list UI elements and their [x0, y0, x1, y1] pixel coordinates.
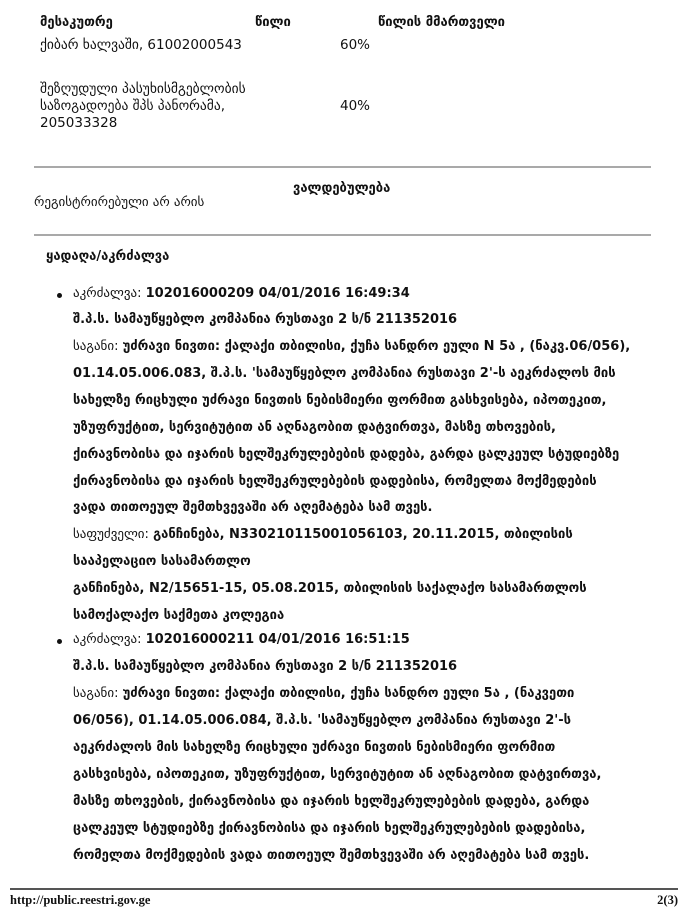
subject-line: საგანი: უძრავი ნივთი: ქალაქი თბილისი, ქუ… — [73, 686, 574, 701]
subject-text: 01.14.05.006.083, შ.პ.ს. 'სამაუწყებლო კო… — [73, 366, 616, 381]
share-cell: 60% — [340, 37, 370, 54]
footer-url[interactable]: http://public.reestri.gov.ge — [10, 893, 150, 908]
header-share: წილი — [255, 15, 291, 30]
subject-text: ქირავნობისა და იჯარის ხელშეკრულებების და… — [73, 474, 597, 489]
obligation-title: ვალდებულება — [293, 181, 390, 196]
owner-name-line: საზოგადოება შპს პანორამა, — [40, 98, 246, 115]
owner-name-line: შეზღუდული პასუხისმგებლობის — [40, 81, 246, 98]
basis-label: საფუძველი: — [73, 527, 149, 542]
prohibition-label: აკრძალვა: — [73, 632, 141, 647]
divider — [34, 166, 651, 168]
subject-text: უზუფრუქტით, სერვიტუტით ან აღნაგობით დატვ… — [73, 420, 556, 435]
holder: შ.პ.ს. სამაუწყებლო კომპანია რუსთავი 2 ს/… — [73, 312, 457, 327]
subject-text: მასზე თხოვების, ქირავნობისა და იჯარის ხე… — [73, 794, 589, 809]
holder: შ.პ.ს. სამაუწყებლო კომპანია რუსთავი 2 ს/… — [73, 659, 457, 674]
header-share-manager: წილის მმართველი — [378, 15, 505, 30]
bullet-icon — [57, 293, 62, 298]
subject-text: სახელზე რიცხული უძრავი ნივთის ნებისმიერი… — [73, 393, 606, 408]
basis-text: სააპელაციო სასამართლო — [73, 554, 251, 569]
prohibition-id: 102016000211 04/01/2016 16:51:15 — [146, 632, 410, 647]
subject-line: საგანი: უძრავი ნივთი: ქალაქი თბილისი, ქუ… — [73, 339, 630, 354]
subject-text: გასხვისება, იპოთეკით, უზუფრუქტით, სერვიტ… — [73, 767, 601, 782]
subject-text: აეკრძალოს მის სახელზე რიცხული უძრავი ნივ… — [73, 740, 555, 755]
prohibition-label: აკრძალვა: — [73, 286, 141, 301]
share-cell: 40% — [340, 98, 370, 115]
basis-text: განჩინება, N330210115001056103, 20.11.20… — [153, 527, 573, 542]
subject-text: უძრავი ნივთი: ქალაქი თბილისი, ქუჩა სანდრ… — [123, 686, 575, 701]
subject-label: საგანი: — [73, 686, 118, 701]
header-owner: მესაკუთრე — [40, 15, 113, 30]
owner-cell: ქიბარ ხალვაში, 61002000543 — [40, 37, 242, 54]
prohibition-line: აკრძალვა: 102016000209 04/01/2016 16:49:… — [73, 286, 410, 301]
basis-line: საფუძველი: განჩინება, N33021011500105610… — [73, 527, 573, 542]
bullet-icon — [57, 639, 62, 644]
subject-label: საგანი: — [73, 339, 118, 354]
owner-name-line: 205033328 — [40, 115, 246, 132]
seizure-title: ყადაღა/აკრძალვა — [46, 249, 169, 264]
subject-text: ქირავნობისა და იჯარის ხელშეკრულებების და… — [73, 447, 619, 462]
obligation-status: რეგისტრირებული არ არის — [34, 195, 204, 210]
subject-text: ცალკეულ სტუდიებზე ქირავნობისა და იჯარის … — [73, 821, 585, 836]
basis-text: განჩინება, N2/15651-15, 05.08.2015, თბილ… — [73, 581, 587, 596]
prohibition-line: აკრძალვა: 102016000211 04/01/2016 16:51:… — [73, 632, 410, 647]
subject-text: 06/056), 01.14.05.006.084, შ.პ.ს. 'სამაუ… — [73, 713, 571, 728]
subject-text: ვადა თითოეულ შემთხვევაში არ აღემატება სა… — [73, 500, 433, 515]
page-number: 2(3) — [657, 893, 678, 908]
divider — [34, 234, 651, 236]
prohibition-id: 102016000209 04/01/2016 16:49:34 — [146, 286, 410, 301]
owner-cell: შეზღუდული პასუხისმგებლობის საზოგადოება შ… — [40, 81, 246, 132]
subject-text: უძრავი ნივთი: ქალაქი თბილისი, ქუჩა სანდრ… — [123, 339, 631, 354]
footer-divider — [10, 888, 678, 890]
basis-text: სამოქალაქო საქმეთა კოლეგია — [73, 608, 284, 623]
owner-name: ქიბარ ხალვაში, 61002000543 — [40, 37, 242, 54]
subject-text: რომელთა მოქმედების ვადა თითოეულ შემთხვევ… — [73, 848, 589, 863]
